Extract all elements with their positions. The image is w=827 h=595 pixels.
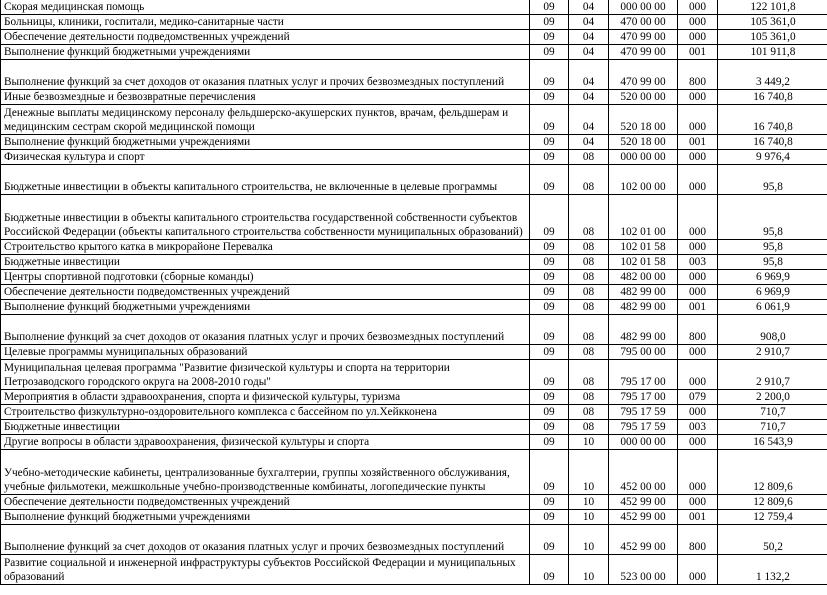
section-code: 09 [530,285,569,300]
section-code: 09 [530,315,569,345]
table-row: Денежные выплаты медицинскому персоналу … [1,105,827,135]
section-code: 09 [530,0,569,15]
target-article-code: 482 99 00 [609,285,678,300]
section-code: 09 [530,240,569,255]
item-name: Мероприятия в области здравоохранения, с… [1,390,530,405]
subsection-code: 08 [569,420,609,435]
section-code: 09 [530,90,569,105]
amount: 908,0 [718,315,827,345]
expense-type-code: 800 [678,525,718,555]
item-name: Бюджетные инвестиции в объекты капитальн… [1,165,530,195]
section-code: 09 [530,270,569,285]
amount: 12 809,6 [718,450,827,495]
item-name: Выполнение функций бюджетными учреждения… [1,135,530,150]
subsection-code: 08 [569,390,609,405]
item-name: Строительство физкультурно-оздоровительн… [1,405,530,420]
expense-type-code: 000 [678,105,718,135]
item-name: Выполнение функций бюджетными учреждения… [1,45,530,60]
section-code: 09 [530,405,569,420]
item-name: Выполнение функций за счет доходов от ок… [1,315,530,345]
table-row: Выполнение функций бюджетными учреждения… [1,510,827,525]
target-article-code: 520 18 00 [609,105,678,135]
expense-type-code: 000 [678,195,718,240]
target-article-code: 470 99 00 [609,30,678,45]
amount: 2 910,7 [718,345,827,360]
table-row: Другие вопросы в области здравоохранения… [1,435,827,450]
target-article-code: 470 00 00 [609,15,678,30]
section-code: 09 [530,150,569,165]
expense-type-code: 000 [678,450,718,495]
expense-type-code: 000 [678,345,718,360]
subsection-code: 08 [569,345,609,360]
subsection-code: 04 [569,90,609,105]
table-row: Обеспечение деятельности подведомственны… [1,285,827,300]
subsection-code: 08 [569,150,609,165]
item-name: Выполнение функций за счет доходов от ок… [1,60,530,90]
item-name: Бюджетные инвестиции в объекты капитальн… [1,195,530,240]
table-row: Бюджетные инвестиции 09 08 102 01 58 003… [1,255,827,270]
target-article-code: 452 99 00 [609,525,678,555]
section-code: 09 [530,165,569,195]
amount: 12 759,4 [718,510,827,525]
expense-type-code: 000 [678,90,718,105]
amount: 95,8 [718,165,827,195]
table-row: Бюджетные инвестиции 09 08 795 17 59 003… [1,420,827,435]
item-name: Обеспечение деятельности подведомственны… [1,30,530,45]
subsection-code: 10 [569,495,609,510]
target-article-code: 795 00 00 [609,345,678,360]
expense-type-code: 001 [678,135,718,150]
amount: 50,2 [718,525,827,555]
amount: 16 740,8 [718,105,827,135]
amount: 16 740,8 [718,135,827,150]
subsection-code: 04 [569,105,609,135]
expense-type-code: 000 [678,405,718,420]
section-code: 09 [530,525,569,555]
item-name: Денежные выплаты медицинскому персоналу … [1,105,530,135]
expense-type-code: 000 [678,285,718,300]
amount: 122 101,8 [718,0,827,15]
budget-table-body: Скорая медицинская помощь 09 04 000 00 0… [1,0,827,585]
expense-type-code: 000 [678,360,718,390]
table-row: Выполнение функций бюджетными учреждения… [1,45,827,60]
expense-type-code: 079 [678,390,718,405]
item-name: Учебно-методические кабинеты, централизо… [1,450,530,495]
subsection-code: 04 [569,15,609,30]
section-code: 09 [530,435,569,450]
item-name: Центры спортивной подготовки (сборные ко… [1,270,530,285]
amount: 710,7 [718,420,827,435]
amount: 95,8 [718,240,827,255]
section-code: 09 [530,135,569,150]
amount: 105 361,0 [718,15,827,30]
subsection-code: 10 [569,435,609,450]
item-name: Иные безвозмездные и безвозвратные переч… [1,90,530,105]
amount: 12 809,6 [718,495,827,510]
subsection-code: 08 [569,285,609,300]
target-article-code: 520 18 00 [609,135,678,150]
subsection-code: 08 [569,270,609,285]
expense-type-code: 001 [678,45,718,60]
expense-type-code: 003 [678,255,718,270]
target-article-code: 452 99 00 [609,510,678,525]
item-name: Муниципальная целевая программа "Развити… [1,360,530,390]
item-name: Скорая медицинская помощь [1,0,530,15]
item-name: Бюджетные инвестиции [1,255,530,270]
table-row: Выполнение функций бюджетными учреждения… [1,300,827,315]
item-name: Выполнение функций за счет доходов от ок… [1,525,530,555]
section-code: 09 [530,195,569,240]
table-row: Физическая культура и спорт 09 08 000 00… [1,150,827,165]
item-name: Другие вопросы в области здравоохранения… [1,435,530,450]
expense-type-code: 800 [678,315,718,345]
subsection-code: 08 [569,360,609,390]
table-row: Выполнение функций бюджетными учреждения… [1,135,827,150]
amount: 6 969,9 [718,285,827,300]
expense-type-code: 000 [678,495,718,510]
table-row: Муниципальная целевая программа "Развити… [1,360,827,390]
section-code: 09 [530,60,569,90]
subsection-code: 04 [569,0,609,15]
target-article-code: 102 01 58 [609,240,678,255]
target-article-code: 482 99 00 [609,300,678,315]
table-row: Учебно-методические кабинеты, централизо… [1,450,827,495]
item-name: Больницы, клиники, госпитали, медико-сан… [1,15,530,30]
amount: 3 449,2 [718,60,827,90]
subsection-code: 04 [569,60,609,90]
target-article-code: 795 17 00 [609,390,678,405]
table-row: Выполнение функций за счет доходов от ок… [1,315,827,345]
expense-type-code: 000 [678,0,718,15]
subsection-code: 08 [569,405,609,420]
section-code: 09 [530,105,569,135]
section-code: 09 [530,510,569,525]
expense-type-code: 000 [678,30,718,45]
subsection-code: 04 [569,30,609,45]
subsection-code: 04 [569,45,609,60]
subsection-code: 10 [569,450,609,495]
amount: 16 543,9 [718,435,827,450]
item-name: Выполнение функций бюджетными учреждения… [1,510,530,525]
table-row: Выполнение функций за счет доходов от ок… [1,525,827,555]
table-row: Строительство крытого катка в микрорайон… [1,240,827,255]
subsection-code: 10 [569,525,609,555]
amount: 6 969,9 [718,270,827,285]
section-code: 09 [530,30,569,45]
expense-type-code: 000 [678,165,718,195]
item-name: Развитие социальной и инженерной инфраст… [1,555,530,585]
amount: 95,8 [718,195,827,240]
item-name: Обеспечение деятельности подведомственны… [1,285,530,300]
target-article-code: 102 00 00 [609,165,678,195]
amount: 2 200,0 [718,390,827,405]
amount: 16 740,8 [718,90,827,105]
table-row: Обеспечение деятельности подведомственны… [1,30,827,45]
table-row: Мероприятия в области здравоохранения, с… [1,390,827,405]
item-name: Строительство крытого катка в микрорайон… [1,240,530,255]
subsection-code: 10 [569,555,609,585]
subsection-code: 10 [569,510,609,525]
item-name: Обеспечение деятельности подведомственны… [1,495,530,510]
amount: 105 361,0 [718,30,827,45]
item-name: Выполнение функций бюджетными учреждения… [1,300,530,315]
subsection-code: 08 [569,255,609,270]
expense-type-code: 000 [678,435,718,450]
expense-type-code: 000 [678,555,718,585]
target-article-code: 520 00 00 [609,90,678,105]
target-article-code: 482 99 00 [609,315,678,345]
expense-type-code: 001 [678,300,718,315]
target-article-code: 470 99 00 [609,45,678,60]
section-code: 09 [530,300,569,315]
target-article-code: 102 01 00 [609,195,678,240]
amount: 95,8 [718,255,827,270]
section-code: 09 [530,555,569,585]
target-article-code: 523 00 00 [609,555,678,585]
target-article-code: 795 17 59 [609,420,678,435]
expense-type-code: 000 [678,15,718,30]
subsection-code: 04 [569,135,609,150]
target-article-code: 102 01 58 [609,255,678,270]
item-name: Целевые программы муниципальных образова… [1,345,530,360]
expense-type-code: 000 [678,240,718,255]
section-code: 09 [530,450,569,495]
expense-type-code: 003 [678,420,718,435]
section-code: 09 [530,420,569,435]
amount: 9 976,4 [718,150,827,165]
target-article-code: 452 99 00 [609,495,678,510]
amount: 101 911,8 [718,45,827,60]
target-article-code: 470 99 00 [609,60,678,90]
amount: 6 061,9 [718,300,827,315]
section-code: 09 [530,360,569,390]
subsection-code: 08 [569,315,609,345]
section-code: 09 [530,45,569,60]
target-article-code: 000 00 00 [609,435,678,450]
table-row: Скорая медицинская помощь 09 04 000 00 0… [1,0,827,15]
subsection-code: 08 [569,165,609,195]
subsection-code: 08 [569,240,609,255]
expense-type-code: 000 [678,270,718,285]
section-code: 09 [530,390,569,405]
table-row: Бюджетные инвестиции в объекты капитальн… [1,165,827,195]
target-article-code: 795 17 00 [609,360,678,390]
section-code: 09 [530,495,569,510]
table-row: Строительство физкультурно-оздоровительн… [1,405,827,420]
table-row: Целевые программы муниципальных образова… [1,345,827,360]
target-article-code: 452 00 00 [609,450,678,495]
table-row: Выполнение функций за счет доходов от ок… [1,60,827,90]
expense-type-code: 001 [678,510,718,525]
table-row: Обеспечение деятельности подведомственны… [1,495,827,510]
table-row: Бюджетные инвестиции в объекты капитальн… [1,195,827,240]
table-row: Центры спортивной подготовки (сборные ко… [1,270,827,285]
item-name: Физическая культура и спорт [1,150,530,165]
table-row: Развитие социальной и инженерной инфраст… [1,555,827,585]
target-article-code: 795 17 59 [609,405,678,420]
budget-table: Скорая медицинская помощь 09 04 000 00 0… [0,0,827,585]
section-code: 09 [530,15,569,30]
subsection-code: 08 [569,195,609,240]
section-code: 09 [530,345,569,360]
amount: 2 910,7 [718,360,827,390]
subsection-code: 08 [569,300,609,315]
table-row: Больницы, клиники, госпитали, медико-сан… [1,15,827,30]
amount: 710,7 [718,405,827,420]
section-code: 09 [530,255,569,270]
target-article-code: 000 00 00 [609,0,678,15]
expense-type-code: 000 [678,150,718,165]
item-name: Бюджетные инвестиции [1,420,530,435]
amount: 1 132,2 [718,555,827,585]
expense-type-code: 800 [678,60,718,90]
table-row: Иные безвозмездные и безвозвратные переч… [1,90,827,105]
target-article-code: 000 00 00 [609,150,678,165]
target-article-code: 482 00 00 [609,270,678,285]
